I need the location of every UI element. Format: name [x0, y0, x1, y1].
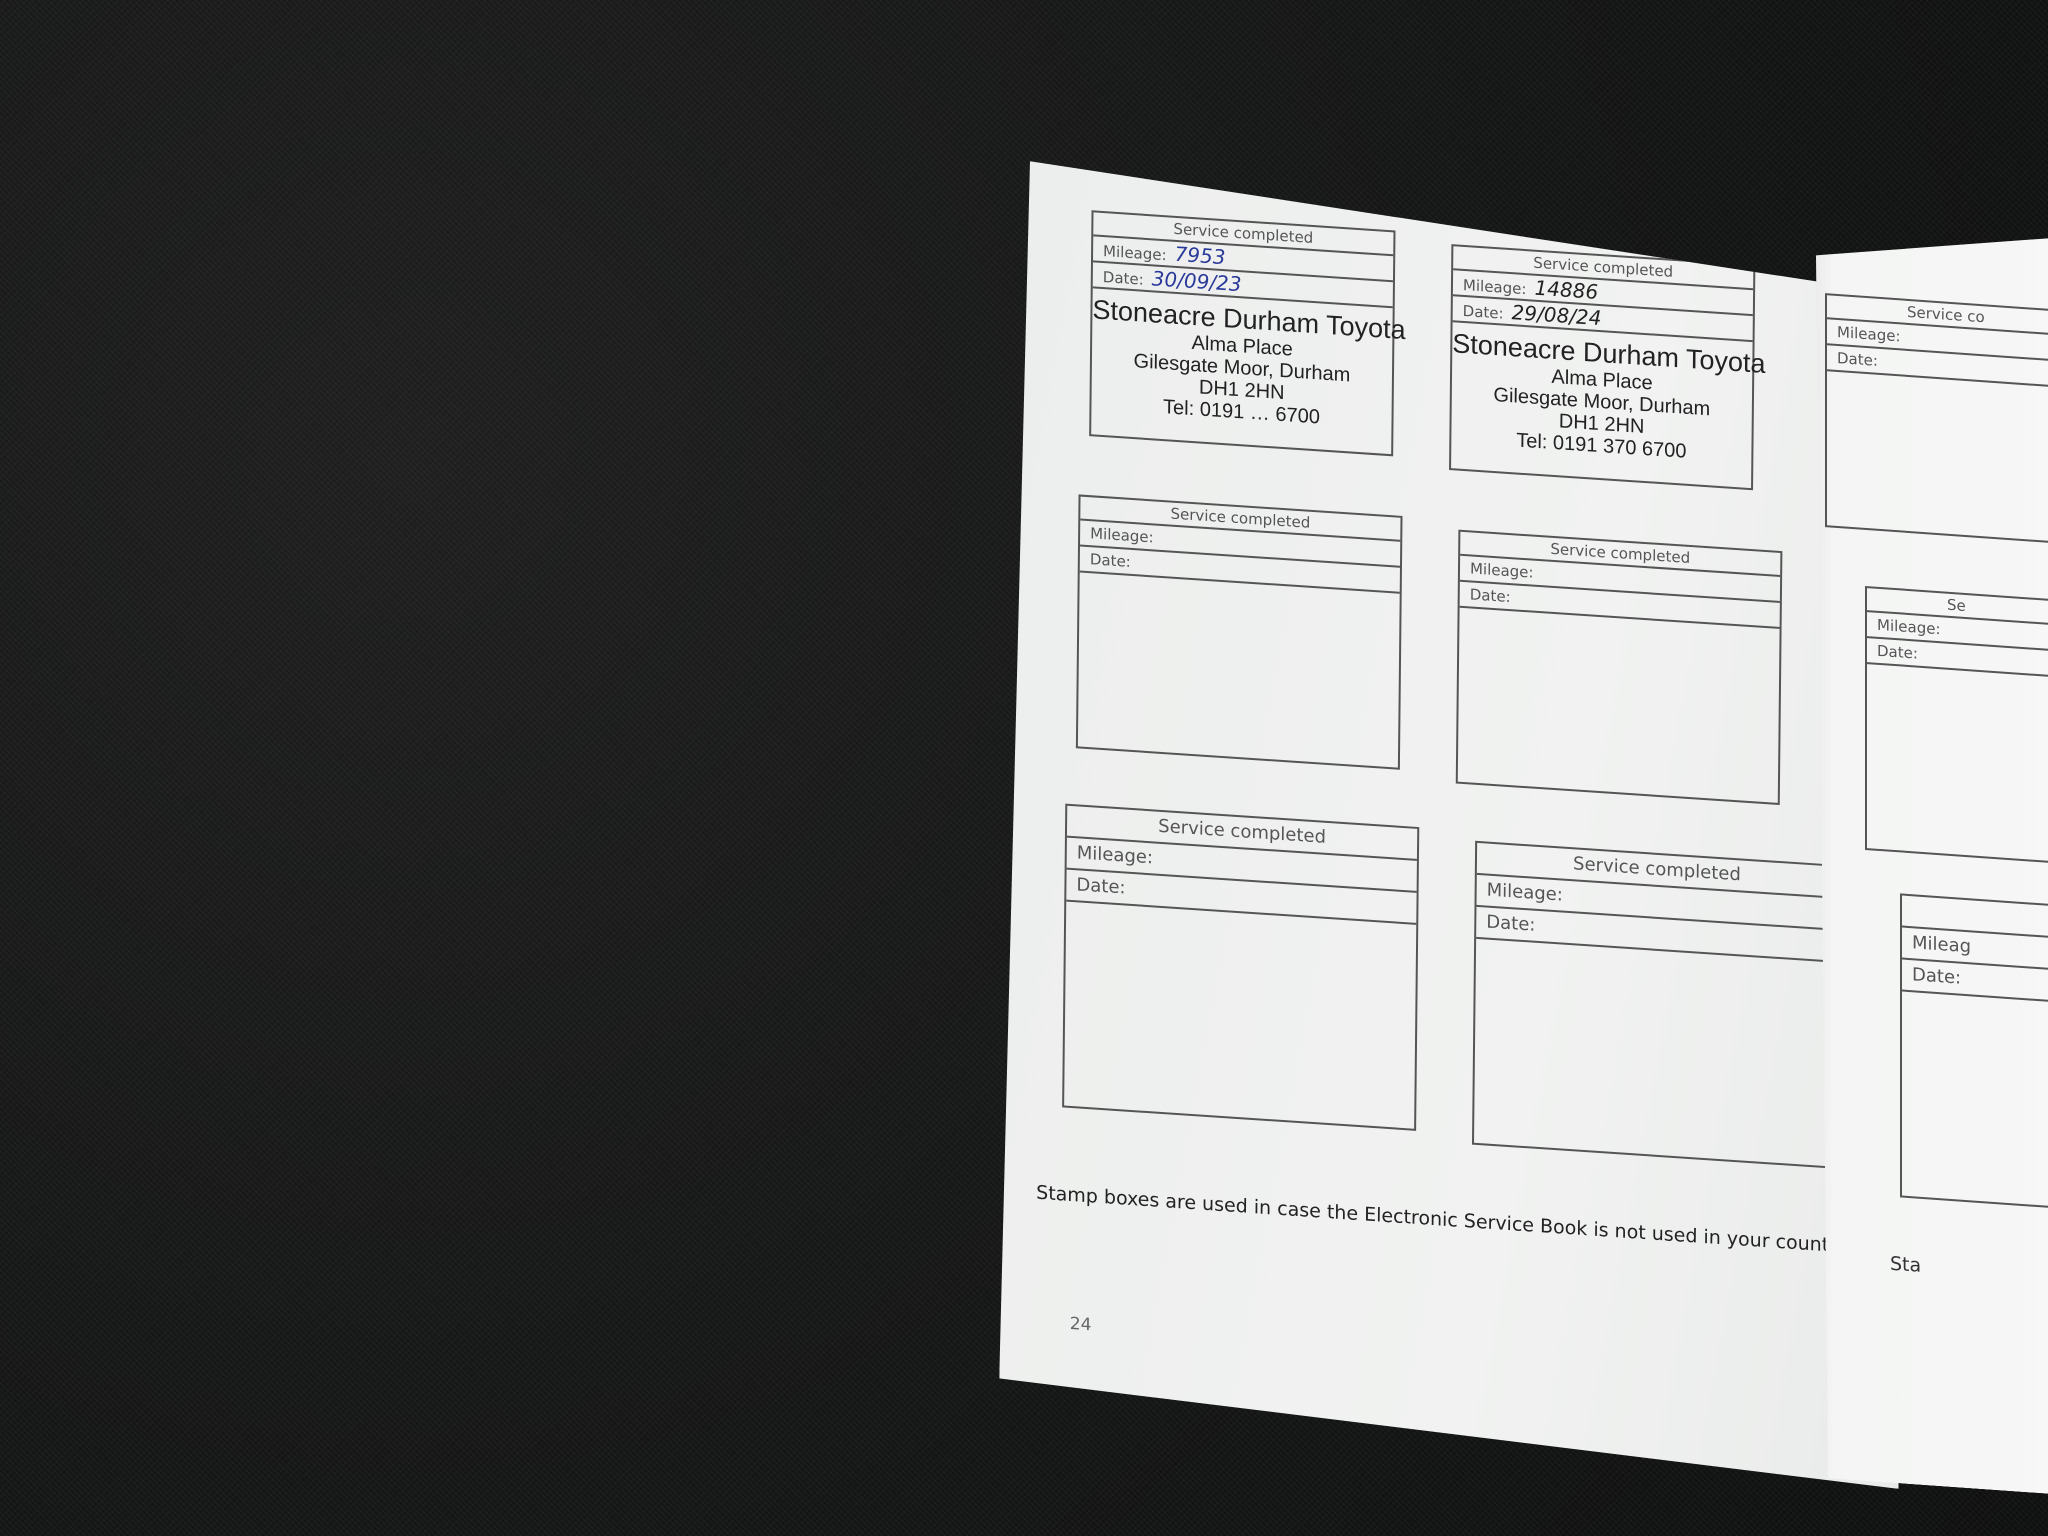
dealer-stamp: Stoneacre Durham Toyota Alma Place Giles… [1451, 322, 1752, 467]
mileage-label: Mileage: [1837, 323, 1901, 345]
mileage-label: Mileag [1912, 932, 1971, 957]
mileage-handwritten-value: 14886 [1534, 276, 1598, 304]
date-label: Date: [1877, 642, 1918, 663]
date-label: Date: [1463, 302, 1504, 323]
mileage-label: Mileage: [1470, 559, 1534, 581]
right-page-box-3: Mileag Date: [1900, 893, 2048, 1218]
date-label: Date: [1470, 585, 1511, 606]
mileage-label: Mileage: [1077, 842, 1153, 868]
mileage-label: Mileage: [1090, 524, 1154, 546]
date-handwritten-value: 29/08/24 [1512, 300, 1602, 330]
service-stamp-box-3: Service completed Mileage: Date: [1076, 494, 1403, 769]
stamp-boxes-footnote: Stamp boxes are used in case the Electro… [1036, 1182, 1852, 1258]
service-stamp-box-4: Service completed Mileage: Date: [1456, 530, 1783, 805]
right-page-footnote-fragment: Sta [1890, 1253, 1921, 1277]
service-stamp-box-1: Service completed Mileage:7953 Date:30/0… [1089, 210, 1395, 456]
date-row: Date: [1902, 960, 2048, 1013]
service-stamp-box-6: Service completed Mileage: Date: [1472, 841, 1839, 1169]
mileage-label: Mileage: [1103, 242, 1167, 264]
date-label: Date: [1837, 349, 1878, 370]
date-label: Date: [1076, 874, 1125, 898]
service-stamp-box-5: Service completed Mileage: Date: [1062, 804, 1419, 1131]
mileage-label: Mileage: [1877, 616, 1941, 638]
date-label: Date: [1090, 550, 1131, 571]
right-page-box-2: Se Mileage: Date: [1865, 586, 2048, 871]
right-page-box-1: Service co Mileage: Date: [1825, 293, 2048, 548]
date-handwritten-value: 30/09/23 [1152, 266, 1242, 296]
mileage-label: Mileage: [1487, 880, 1563, 906]
mileage-label: Mileage: [1463, 276, 1527, 298]
mileage-handwritten-value: 7953 [1175, 242, 1226, 269]
date-label: Date: [1103, 268, 1144, 289]
page-number: 24 [1070, 1314, 1092, 1335]
date-label: Date: [1912, 964, 1961, 988]
date-label: Date: [1486, 912, 1535, 936]
service-stamp-box-2: Service completed Mileage:14886 Date:29/… [1449, 244, 1755, 490]
dealer-stamp: Stoneacre Durham Toyota Alma Place Giles… [1091, 288, 1392, 433]
service-book-left-page: Service completed Mileage:7953 Date:30/0… [999, 160, 1912, 1489]
